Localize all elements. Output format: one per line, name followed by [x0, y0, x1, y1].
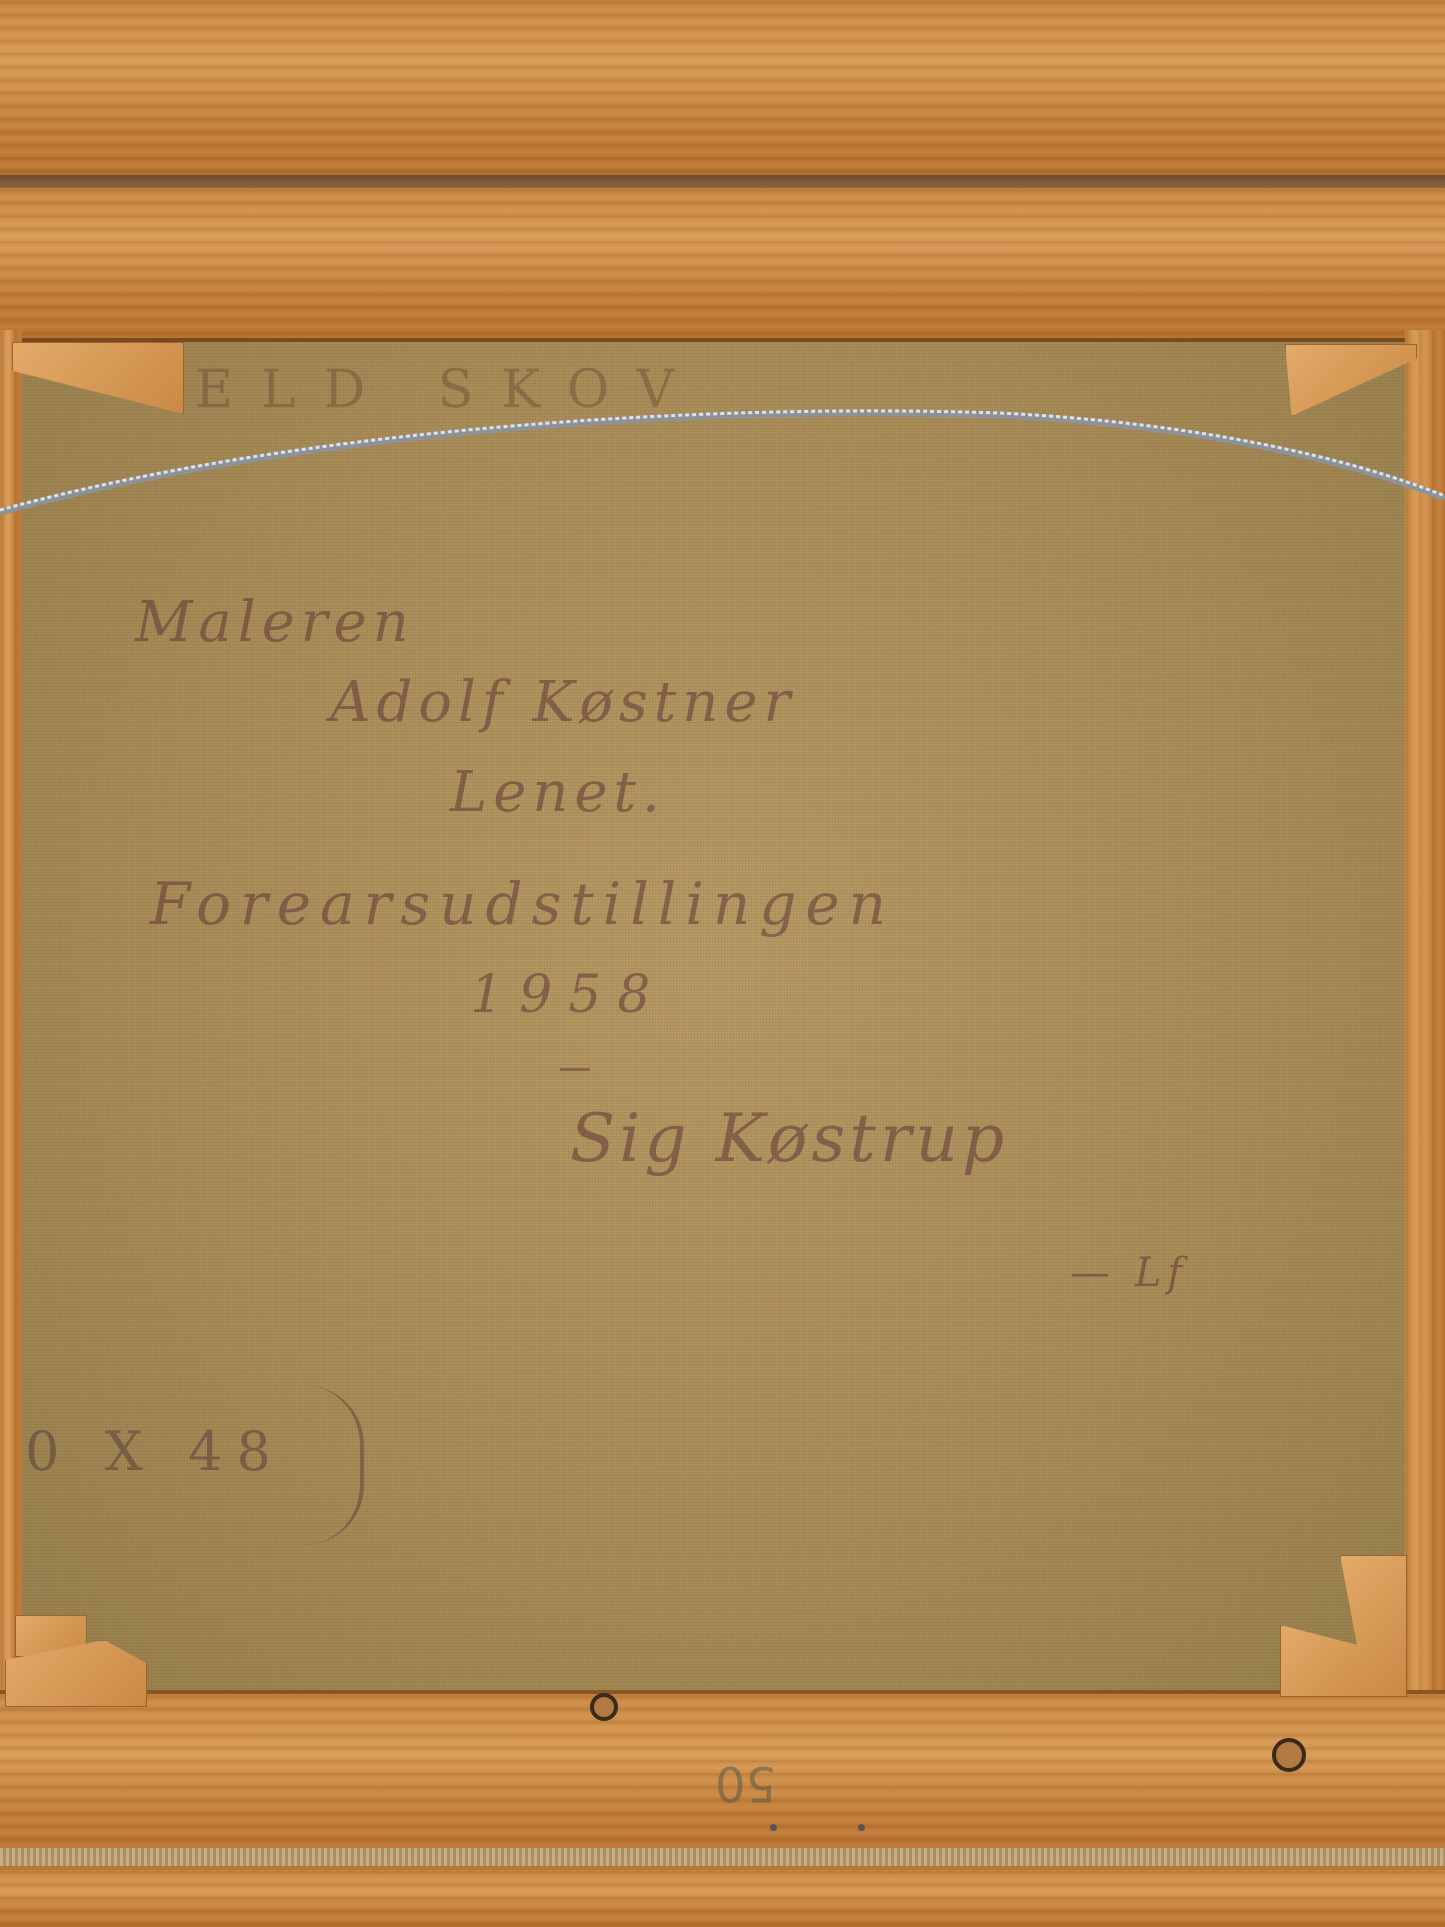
inscription-dash [560, 1068, 590, 1071]
outer-frame-top-rail [0, 0, 1445, 180]
screw-eye-bottom [590, 1693, 618, 1721]
signature-subscript: — Lf [1070, 1250, 1188, 1296]
inscription-line-3: Lenet. [450, 760, 666, 825]
frame-gap [0, 175, 1445, 189]
signature-prefix: Sig [570, 1100, 691, 1177]
nail-head [770, 1824, 777, 1831]
stretcher-right-bar [1405, 330, 1445, 1720]
inscription-line-2: Adolf Køstner [330, 670, 796, 735]
inscription-line-4: Forearsudstillingen [150, 870, 895, 938]
signature-name: Køstrup [716, 1100, 1009, 1177]
wood-knot-hole [1272, 1738, 1306, 1772]
hanging-wire [0, 400, 1445, 520]
stretcher-left-bar [0, 330, 22, 1720]
stretcher-top-bar [0, 188, 1445, 342]
canvas-back [22, 342, 1405, 1692]
signature: Sig Køstrup [570, 1100, 1008, 1177]
inscription-year: 1958 [470, 965, 666, 1025]
nail-head [858, 1824, 865, 1831]
canvas-edge-strip [0, 1848, 1445, 1866]
inscription-line-1: Maleren [135, 590, 415, 655]
outer-frame-bottom-rail [0, 1870, 1445, 1927]
frame-stencil-number: 50 [715, 1755, 776, 1811]
dimensions-note: 0 X 48 [25, 1420, 285, 1483]
painting-back-photo: ELD SKOV Maleren Adolf Køstner Lenet. Fo… [0, 0, 1445, 1927]
